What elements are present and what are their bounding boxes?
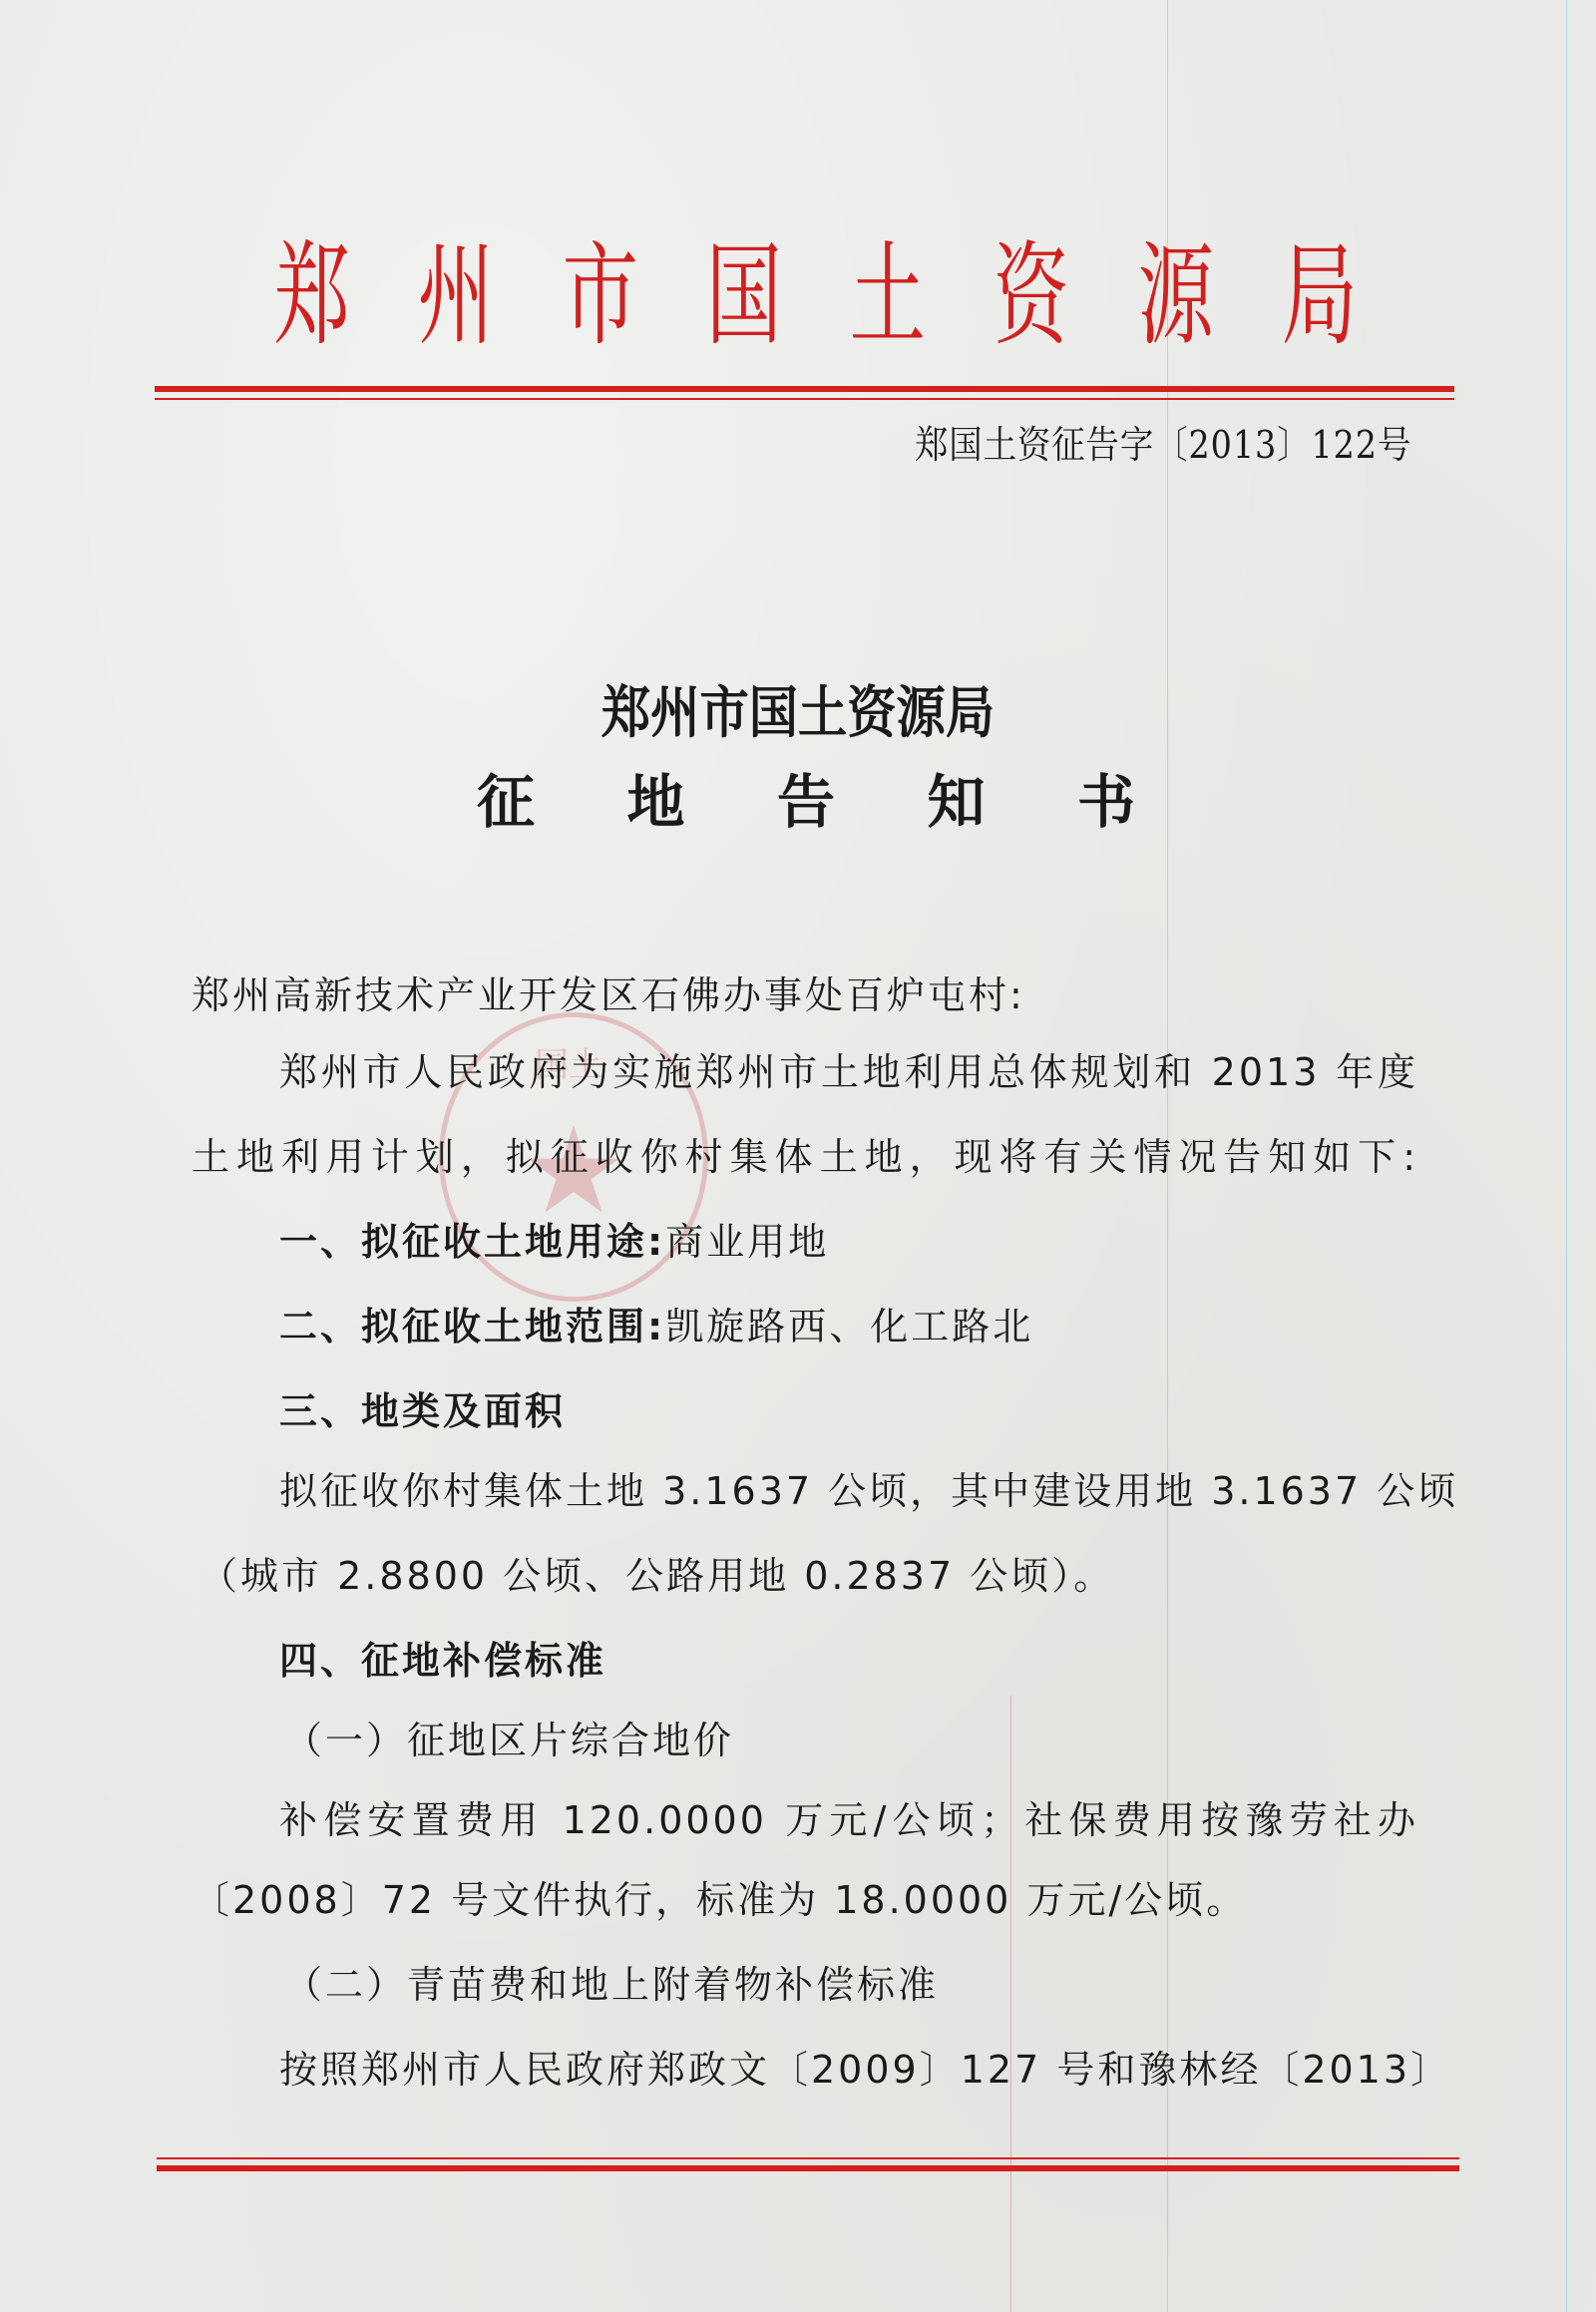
letterhead-char: 国 (706, 231, 760, 361)
document-number: 郑国土资征告字〔2013〕122号 (915, 417, 1411, 473)
section-3-heading: 三、地类及面积 (279, 1386, 1506, 1436)
letterhead-title: 郑 州 市 国 土 资 源 局 (261, 231, 1349, 361)
letterhead-char: 州 (418, 231, 472, 361)
subsection-1-text: 补偿安置费用 120.0000 万元/公顷；社保费用按豫劳社办 (279, 1795, 1418, 1845)
intro-line: 土地利用计划，拟征收你村集体土地，现将有关情况告知如下: (192, 1132, 1418, 1182)
section-3-text: （城市 2.8800 公顷、公路用地 0.2837 公顷）。 (199, 1551, 1426, 1601)
letterhead-char: 资 (994, 231, 1047, 361)
letterhead-divider-thin (155, 398, 1454, 400)
section-heading: 一、拟征收土地用途: (279, 1220, 665, 1264)
title-char: 书 (1077, 766, 1135, 838)
title-char: 征 (477, 766, 535, 838)
letterhead-divider-thick (155, 386, 1454, 392)
section-4-heading: 四、征地补偿标准 (279, 1636, 1506, 1686)
section-2: 二、拟征收土地范围:凯旋路西、化工路北 (279, 1302, 1506, 1351)
title-char: 知 (927, 766, 985, 838)
letterhead-char: 局 (1282, 231, 1336, 361)
section-1: 一、拟征收土地用途:商业用地 (279, 1217, 1506, 1267)
letterhead-char: 土 (850, 231, 904, 361)
subsection-1-text: 〔2008〕72 号文件执行，标准为 18.0000 万元/公顷。 (192, 1875, 1418, 1925)
scan-guide-line (1566, 0, 1567, 2312)
footer-divider-thin (157, 2157, 1459, 2159)
section-3-text: 拟征收你村集体土地 3.1637 公顷，其中建设用地 3.1637 公顷 (279, 1466, 1418, 1516)
section-value: 凯旋路西、化工路北 (665, 1305, 1033, 1349)
document-type-title: 征 地 告 知 书 (477, 766, 1135, 838)
letterhead-char: 市 (562, 231, 615, 361)
subsection-2-text: 按照郑州市人民政府郑政文〔2009〕127 号和豫林经〔2013〕 (279, 2045, 1418, 2095)
letterhead-char: 郑 (274, 231, 328, 361)
title-char: 地 (626, 766, 684, 838)
letterhead-char: 源 (1137, 231, 1191, 361)
subsection-1-heading: （一）征地区片综合地价 (284, 1716, 1511, 1765)
footer-divider-thick (157, 2165, 1459, 2171)
issuer-title: 郑州市国土资源局 (0, 678, 1596, 748)
subsection-2-heading: （二）青苗费和地上附着物补偿标准 (284, 1960, 1511, 2010)
intro-line: 郑州市人民政府为实施郑州市土地利用总体规划和 2013 年度 (279, 1047, 1418, 1097)
addressee: 郑州高新技术产业开发区石佛办事处百炉屯村: (192, 970, 1418, 1020)
section-value: 商业用地 (665, 1220, 829, 1264)
section-heading: 二、拟征收土地范围: (279, 1305, 665, 1349)
title-char: 告 (777, 766, 835, 838)
